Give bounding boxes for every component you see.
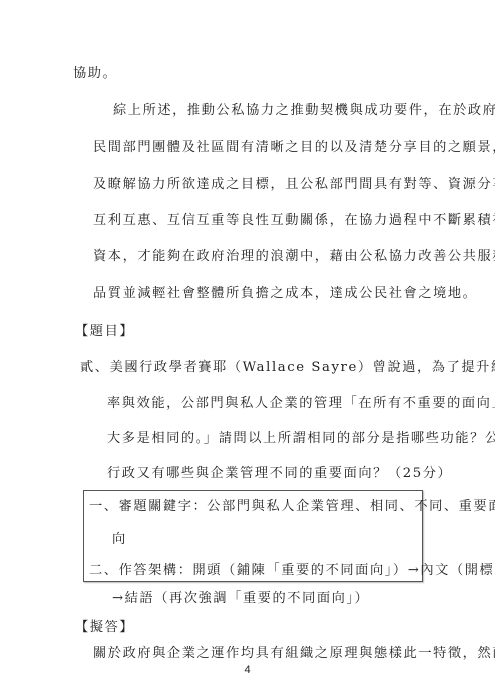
box-line: →結語（再次強調「重要的不同面向」）	[112, 591, 369, 607]
question-line: 率與效能，公部門與私人企業的管理「在所有不重要的面向上，	[107, 396, 495, 412]
question-line: 大多是相同的。」請問以上所謂相同的部分是指哪些功能？公共	[107, 431, 495, 447]
paragraph-line: 綜上所述，推動公私協力之推動契機與成功要件，在於政府與	[113, 103, 495, 119]
document-page: 協助。 綜上所述，推動公私協力之推動契機與成功要件，在於政府與 民間部門團體及社…	[0, 0, 495, 700]
paragraph-line: 協助。	[73, 66, 117, 82]
question-heading: 【題目】	[75, 324, 134, 340]
paragraph-line: 民間部門團體及社區間有清晰之目的以及清楚分享目的之願景，以	[93, 140, 495, 156]
answer-line: 關於政府與企業之運作均具有組織之原理與態樣此一特徵，然而二	[93, 646, 495, 662]
question-line: 行政又有哪些與企業管理不同的重要面向？（25分）	[107, 466, 452, 482]
question-line: 貳、美國行政學者賽耶（Wallace Sayre）曾說過，為了提升組織的效	[80, 360, 495, 376]
page-number: 4	[0, 664, 495, 676]
paragraph-line: 品質並減輕社會整體所負擔之成本，達成公民社會之境地。	[93, 286, 477, 302]
box-line: 向	[112, 532, 127, 548]
paragraph-line: 資本，才能夠在政府治理的浪潮中，藉由公私協力改善公共服務之	[93, 249, 495, 265]
paragraph-line: 互利互惠、互信互重等良性互動關係，在協力過程中不斷累積社會	[93, 213, 495, 229]
box-line: 一、審題關鍵字：公部門與私人企業管理、相同、不同、重要面	[89, 499, 495, 515]
paragraph-line: 及瞭解協力所欲達成之目標，且公私部門間具有對等、資源分享、	[93, 177, 495, 193]
answer-heading: 【擬答】	[75, 620, 134, 636]
box-line: 二、作答架構：開頭（鋪陳「重要的不同面向」）→內文（開標）	[89, 563, 495, 579]
